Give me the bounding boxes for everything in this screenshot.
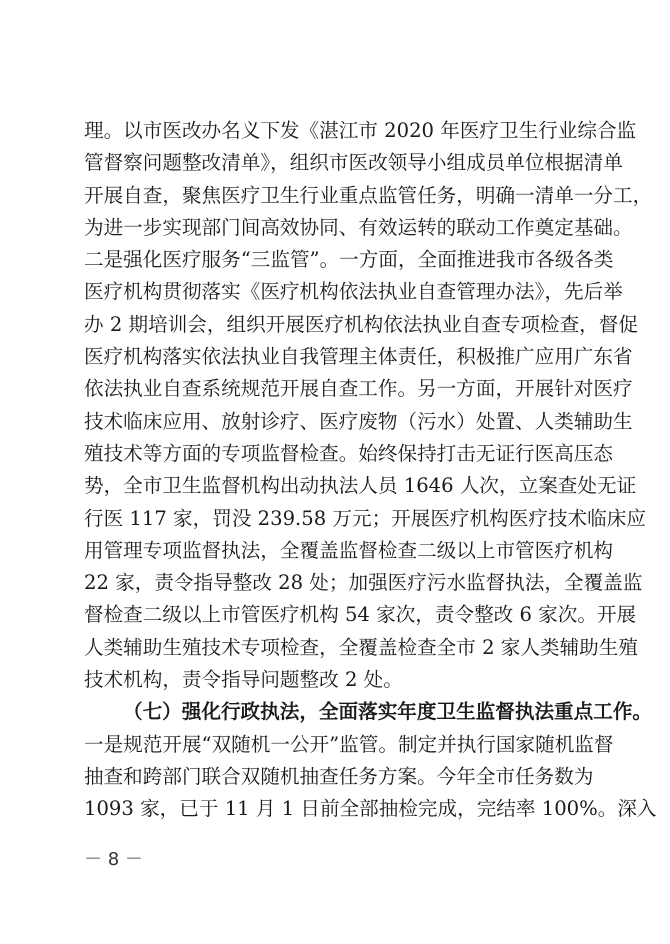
text-line: 督检查二级以上市管医疗机构 54 家次，责令整改 6 家次。开展: [84, 599, 590, 631]
document-page: 理。以市医改办名义下发《湛江市 2020 年医疗卫生行业综合监 管督察问题整改清…: [0, 0, 670, 944]
text-line: 势，全市卫生监督机构出动执法人员 1646 人次，立案查处无证: [84, 470, 590, 502]
text-line: 技术临床应用、放射诊疗、医疗废物（污水）处置、人类辅助生: [84, 406, 590, 438]
text-line: 1093 家，已于 11 月 1 日前全部抽检完成，完结率 100%。深入: [84, 793, 590, 825]
text-line: 二是强化医疗服务“三监管”。一方面，全面推进我市各级各类: [84, 244, 590, 276]
text-line: 人类辅助生殖技术专项检查，全覆盖检查全市 2 家人类辅助生殖: [84, 632, 590, 664]
text-line: 为进一步实现部门间高效协同、有效运转的联动工作奠定基础。: [84, 212, 590, 244]
text-line: 开展自查，聚焦医疗卫生行业重点监管任务，明确一清单一分工，: [84, 180, 590, 212]
text-line: 医疗机构落实依法执业自我管理主体责任，积极推广应用广东省: [84, 341, 590, 373]
text-line: 22 家，责令指导整改 28 处；加强医疗污水监督执法，全覆盖监: [84, 567, 590, 599]
section-heading: （七）强化行政执法，全面落实年度卫生监督执法重点工作。: [84, 696, 590, 728]
text-line: 抽查和跨部门联合双随机抽查任务方案。今年全市任务数为: [84, 761, 590, 793]
text-line: 管督察问题整改清单》，组织市医改领导小组成员单位根据清单: [84, 147, 590, 179]
body-text: 理。以市医改办名义下发《湛江市 2020 年医疗卫生行业综合监 管督察问题整改清…: [84, 115, 590, 826]
text-line: 行医 117 家，罚没 239.58 万元；开展医疗机构医疗技术临床应: [84, 503, 590, 535]
text-line: 用管理专项监督执法，全覆盖监督检查二级以上市管医疗机构: [84, 535, 590, 567]
text-line: 技术机构，责令指导问题整改 2 处。: [84, 664, 590, 696]
page-number: － 8 －: [84, 845, 143, 871]
text-line: 一是规范开展“双随机一公开”监管。制定并执行国家随机监督: [84, 729, 590, 761]
text-line: 医疗机构贯彻落实《医疗机构依法执业自查管理办法》，先后举: [84, 276, 590, 308]
text-line: 依法执业自查系统规范开展自查工作。另一方面，开展针对医疗: [84, 373, 590, 405]
text-line: 办 2 期培训会，组织开展医疗机构依法执业自查专项检查，督促: [84, 309, 590, 341]
text-line: 殖技术等方面的专项监督检查。始终保持打击无证行医高压态: [84, 438, 590, 470]
text-line: 理。以市医改办名义下发《湛江市 2020 年医疗卫生行业综合监: [84, 115, 590, 147]
